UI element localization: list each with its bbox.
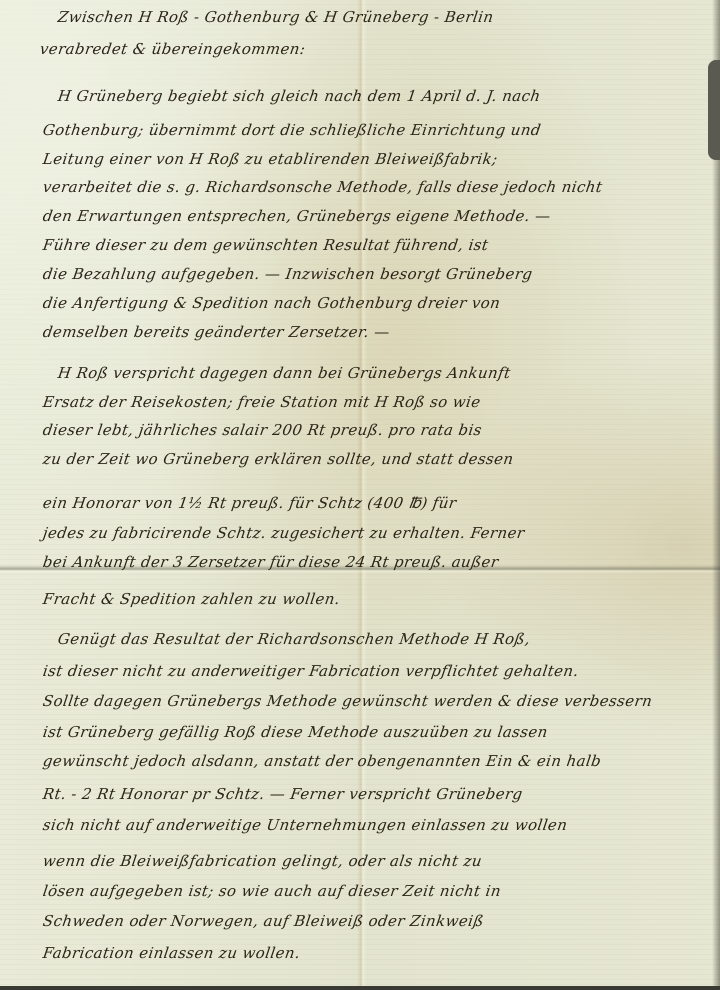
page-bottom-edge bbox=[0, 986, 720, 990]
text-line: verarbeitet die s. g. Richardsonsche Met… bbox=[42, 178, 604, 196]
text-line: Rt. - 2 Rt Honorar pr Schtz. — Ferner ve… bbox=[42, 785, 524, 803]
text-line: den Erwartungen entsprechen, Grünebergs … bbox=[42, 207, 552, 225]
text-line: verabredet & übereingekommen: bbox=[39, 40, 307, 58]
text-line: dieser lebt, jährliches salair 200 Rt pr… bbox=[42, 421, 483, 439]
text-line: die Bezahlung aufgegeben. — Inzwischen b… bbox=[42, 265, 534, 283]
text-line: lösen aufgegeben ist; so wie auch auf di… bbox=[42, 882, 503, 900]
text-line: wenn die Bleiweißfabrication gelingt, od… bbox=[42, 852, 484, 870]
text-line: ein Honorar von 1½ Rt preuß. für Schtz (… bbox=[42, 494, 458, 512]
text-line: H Grüneberg begiebt sich gleich nach dem… bbox=[57, 87, 542, 105]
text-line: demselben bereits geänderter Zersetzer. … bbox=[42, 323, 391, 341]
text-line: Fabrication einlassen zu wollen. bbox=[42, 944, 302, 962]
text-line: die Anfertigung & Spedition nach Gothenb… bbox=[42, 294, 502, 312]
text-line: Sollte dagegen Grünebergs Methode gewüns… bbox=[42, 692, 654, 710]
text-line: Ersatz der Reisekosten; freie Station mi… bbox=[42, 393, 482, 411]
text-line: H Roß verspricht dagegen dann bei Grüneb… bbox=[57, 364, 512, 382]
text-line: jedes zu fabricirende Schtz. zugesichert… bbox=[42, 524, 526, 542]
text-line: ist dieser nicht zu anderweitiger Fabric… bbox=[42, 662, 580, 680]
text-line: zu der Zeit wo Grüneberg erklären sollte… bbox=[42, 450, 515, 468]
text-line: Schweden oder Norwegen, auf Bleiweiß ode… bbox=[42, 912, 485, 930]
text-line: Leitung einer von H Roß zu etablirenden … bbox=[42, 150, 499, 168]
text-line: Genügt das Resultat der Richardsonschen … bbox=[57, 630, 532, 648]
torn-edge-notch bbox=[708, 60, 720, 160]
text-line: gewünscht jedoch alsdann, anstatt der ob… bbox=[42, 752, 603, 770]
text-line: ist Grüneberg gefällig Roß diese Methode… bbox=[42, 723, 549, 741]
text-line: Fracht & Spedition zahlen zu wollen. bbox=[42, 590, 342, 608]
text-line: Führe dieser zu dem gewünschten Resultat… bbox=[42, 236, 490, 254]
text-line: Zwischen H Roß - Gothenburg & H Grüneber… bbox=[57, 8, 495, 26]
scanned-letter-page: Zwischen H Roß - Gothenburg & H Grüneber… bbox=[0, 0, 720, 990]
text-line: Gothenburg; übernimmt dort die schließli… bbox=[42, 121, 543, 139]
text-line: sich nicht auf anderweitige Unternehmung… bbox=[42, 816, 569, 834]
text-line: bei Ankunft der 3 Zersetzer für diese 24… bbox=[42, 553, 500, 571]
